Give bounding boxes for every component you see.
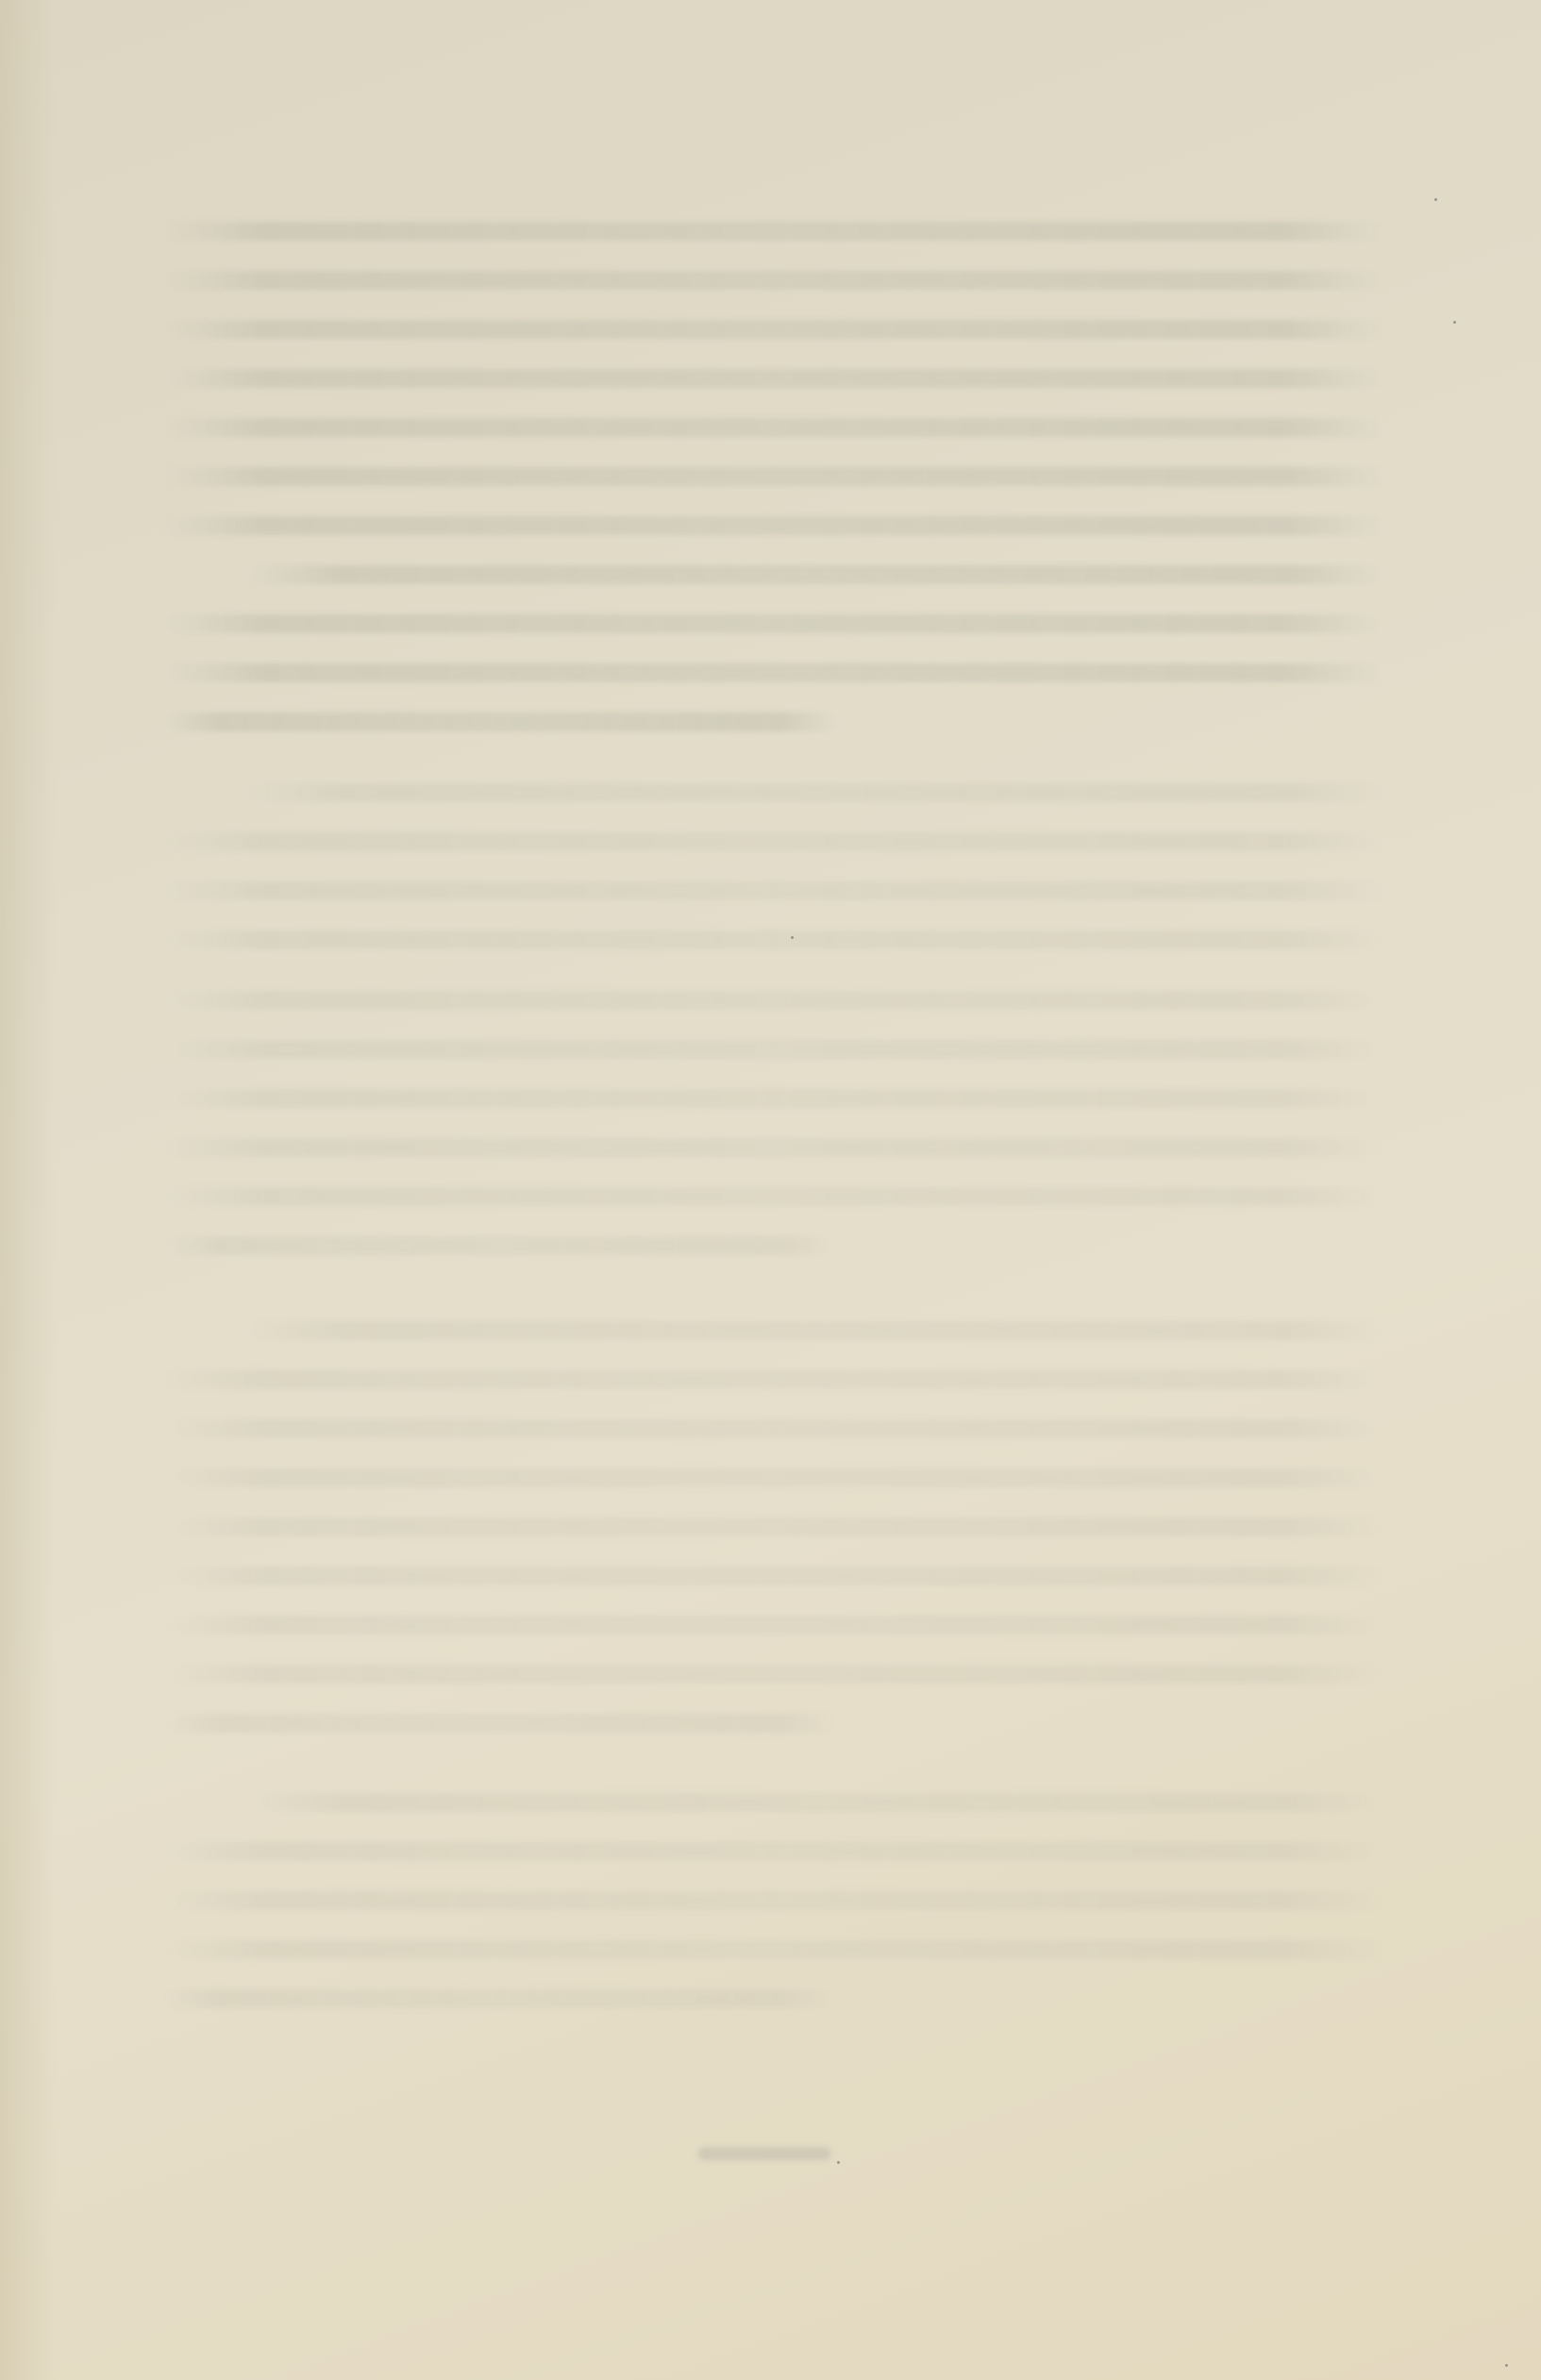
ghost-text-line [165,222,1382,241]
ghost-text-line [165,1940,1382,1959]
ghost-text-line [165,1089,1382,1108]
dust-speck [1505,2364,1508,2367]
ghost-text-line [165,271,1382,290]
dust-speck [791,936,794,939]
dust-speck [837,2161,840,2164]
ghost-text-line [165,881,1382,900]
ghost-paragraph-3 [165,991,1382,1285]
ghost-text-line [165,663,1382,682]
ghost-text-line [250,565,1382,584]
ghost-text-line [165,1665,1382,1684]
dust-speck [1434,198,1437,201]
ghost-text-line [250,783,1382,802]
ghost-text-line [165,930,1382,949]
ghost-paragraph-4 [165,1321,1382,1763]
ghost-text-line [165,418,1382,437]
ghost-text-line [165,1236,835,1255]
ghost-paragraph-1 [165,222,1382,762]
ghost-text-line [165,1419,1382,1438]
ghost-text-line [165,1842,1382,1861]
ghost-text-line [165,1370,1382,1389]
ghost-text-line [165,516,1382,535]
ghost-text-line [165,991,1382,1010]
page-number [698,2147,830,2160]
ghost-text-line [165,1616,1382,1634]
ghost-text-line [250,1793,1382,1812]
ghost-text-line [165,320,1382,339]
dust-speck [1453,321,1456,324]
ghost-text-line [165,712,835,731]
ghost-text-line [250,1321,1382,1340]
ghost-paragraph-2 [165,783,1382,980]
ghost-text-line [165,1989,835,2008]
ghost-text-line [165,467,1382,486]
page-edge-shadow [0,0,57,2380]
ghost-text-line [165,832,1382,851]
ghost-text-line [165,1567,1382,1585]
ghost-text-line [165,369,1382,388]
ghost-text-line [165,1187,1382,1206]
ghost-text-line [165,614,1382,633]
scanned-page [0,0,1541,2380]
ghost-text-line [165,1138,1382,1157]
ghost-text-line [165,1714,835,1733]
ghost-text-line [165,1040,1382,1059]
ghost-paragraph-5 [165,1793,1382,2038]
ghost-text-line [165,1891,1382,1910]
ghost-text-line [165,1468,1382,1487]
ghost-text-line [165,1517,1382,1536]
